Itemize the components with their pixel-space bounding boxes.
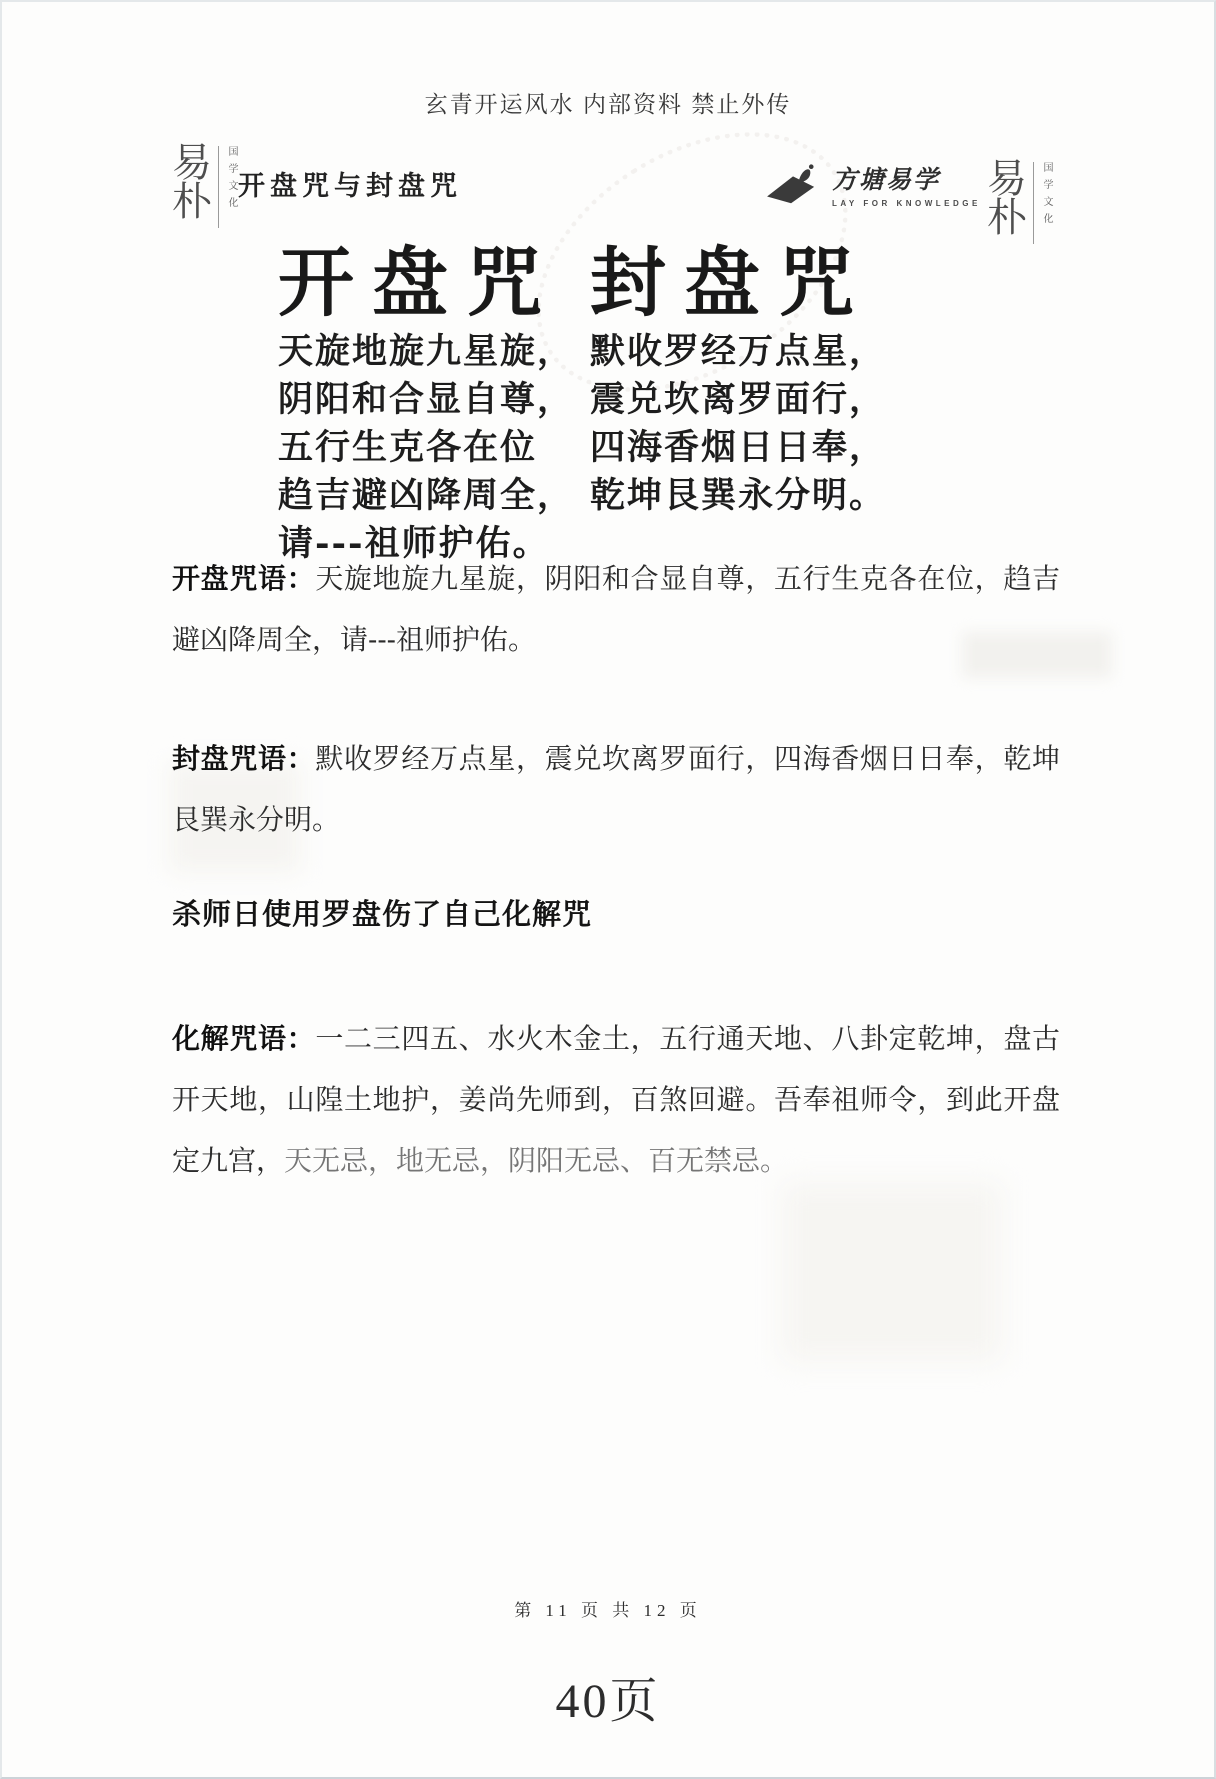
paragraph-label: 开盘咒语： [172, 563, 315, 594]
verse-line: 五行生克各在位 [278, 424, 574, 472]
document-header: 玄青开运风水 内部资料 禁止外传 [2, 86, 1214, 119]
verse-line: 默收罗经万点星， [590, 328, 886, 376]
page-number-info: 第 11 页 共 12 页 [2, 1596, 1214, 1621]
verse-line: 阴阳和合显自尊， [278, 376, 574, 424]
yipu-logo-characters: 易 朴 [987, 160, 1027, 238]
paragraph-text-light: 天无忌，地无忌，阴阳无忌、百无禁忌。 [284, 1145, 788, 1176]
fangtang-logo: 方塘易学 LAY FOR KNOWLEDGE [764, 160, 981, 208]
verse-line: 四海香烟日日奉， [590, 424, 886, 472]
verse-line: 震兑坎离罗面行， [590, 376, 886, 424]
fangtang-brand-name: 方塘易学 [832, 160, 981, 196]
paragraph-label: 化解咒语： [172, 1023, 315, 1054]
fangtang-glyph-icon [764, 160, 822, 208]
yipu-char-top: 易 [172, 144, 212, 183]
open-incantation-verse: 天旋地旋九星旋， 阴阳和合显自尊， 五行生克各在位 趋吉避凶降周全， 请---祖… [278, 328, 574, 568]
yipu-char-top: 易 [987, 160, 1027, 199]
yipu-logo-left: 易 朴 国学文化 [172, 144, 239, 228]
yipu-logo-right: 易 朴 国学文化 [987, 160, 1054, 244]
seal-incantation-paragraph: 封盘咒语：默收罗经万点星，震兑坎离罗面行，四海香烟日日奉，乾坤艮巽永分明。 [172, 728, 1060, 850]
seal-incantation-verse: 默收罗经万点星， 震兑坎离罗面行， 四海香烟日日奉， 乾坤艮巽永分明。 [590, 328, 886, 520]
verse-line: 天旋地旋九星旋， [278, 328, 574, 376]
section-title: 开盘咒与封盘咒 [238, 164, 462, 203]
page-count-label: 40页 [2, 1662, 1214, 1731]
calligraphy-title-seal: 封盘咒 [590, 222, 872, 331]
calligraphy-title-open: 开盘咒 [278, 222, 560, 331]
yipu-side-text: 国学文化 [1033, 162, 1054, 244]
yipu-side-text: 国学文化 [218, 146, 239, 228]
remedy-heading: 杀师日使用罗盘伤了自己化解咒 [172, 892, 592, 933]
paragraph-label: 封盘咒语： [172, 743, 315, 774]
verse-line: 趋吉避凶降周全， [278, 472, 574, 520]
remedy-incantation-paragraph: 化解咒语：一二三四五、水火木金土，五行通天地、八卦定乾坤，盘古开天地，山隍土地护… [172, 1008, 1060, 1191]
scan-bleed-artifact [782, 1182, 1002, 1362]
fangtang-text-block: 方塘易学 LAY FOR KNOWLEDGE [832, 160, 981, 208]
yipu-char-bottom: 朴 [172, 183, 212, 222]
verse-line: 乾坤艮巽永分明。 [590, 472, 886, 520]
yipu-logo-characters: 易 朴 [172, 144, 212, 222]
fangtang-brand-tagline: LAY FOR KNOWLEDGE [832, 199, 981, 208]
scanned-document-page: 玄青开运风水 内部资料 禁止外传 易 朴 国学文化 开盘咒与封盘咒 方塘易学 L… [0, 0, 1216, 1779]
yipu-char-bottom: 朴 [987, 199, 1027, 238]
open-incantation-paragraph: 开盘咒语：天旋地旋九星旋，阴阳和合显自尊，五行生克各在位，趋吉避凶降周全，请--… [172, 548, 1060, 670]
